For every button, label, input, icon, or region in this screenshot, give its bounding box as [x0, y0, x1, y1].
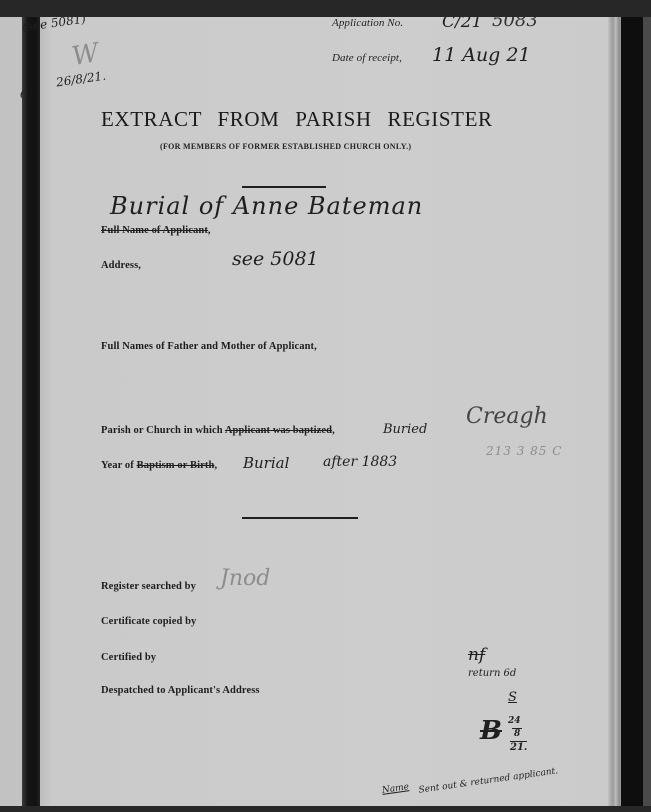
name-handwritten: Burial of Anne Bateman [110, 192, 423, 220]
year-value: after 1883 [323, 454, 397, 470]
annotation-date-day: 24 [508, 716, 521, 726]
despatched-label: Despatched to Applicant's Address [101, 685, 260, 696]
document-title: EXTRACT FROM PARISH REGISTER [101, 107, 493, 132]
book-binding-shadow [22, 17, 42, 806]
application-number-label: Application No. [332, 17, 403, 29]
parents-label: Full Names of Father and Mother of Appli… [101, 341, 317, 352]
left-page-margin [0, 17, 22, 806]
certified-label: Certified by [101, 652, 156, 663]
document-subtitle: (FOR MEMBERS OF FORMER ESTABLISHED CHURC… [160, 142, 411, 151]
register-searched-value: Jnod [220, 566, 270, 591]
year-label-struck: Baptism or Birth [137, 460, 215, 471]
margin-mark: 6 [20, 88, 27, 101]
register-searched-label: Register searched by [101, 581, 196, 592]
divider-top [242, 186, 326, 188]
parish-label-struck: Applicant was baptized [225, 425, 332, 436]
margin-initials: W [70, 38, 102, 72]
annotation-return-fee: return 6d [468, 668, 516, 679]
annotation-s: S [508, 690, 517, 705]
year-label-suffix: , [214, 460, 217, 471]
divider-bottom [242, 517, 358, 519]
parish-label-prefix: Parish or Church in which [101, 425, 223, 436]
spine-shadow [621, 17, 643, 806]
spine-outer [643, 17, 651, 806]
year-correction: Burial [243, 454, 289, 472]
parish-label-suffix: , [332, 425, 335, 436]
bottom-frame-bar [0, 806, 651, 812]
year-label-prefix: Year of [101, 460, 134, 471]
name-label-suffix: , [208, 225, 211, 236]
parish-pencil-reference: 213 3 85 C [486, 444, 562, 458]
receipt-date-value: 11 Aug 21 [432, 44, 531, 66]
address-value: see 5081 [232, 248, 319, 270]
parish-correction: Buried [383, 422, 427, 437]
annotation-date-year: 21. [510, 741, 527, 753]
annotation-date-month: 8 [512, 728, 522, 739]
name-label-struck: Full Name of Applicant [101, 225, 208, 236]
top-frame-bar [0, 0, 651, 17]
page-edge [608, 17, 622, 806]
receipt-date-label: Date of receipt, [332, 52, 402, 64]
annotation-initials-b: B [480, 716, 502, 746]
annotation-nf: nf [468, 645, 485, 665]
certificate-copied-label: Certificate copied by [101, 616, 196, 627]
address-label: Address, [101, 260, 141, 271]
parish-value: Creagh [466, 404, 548, 429]
